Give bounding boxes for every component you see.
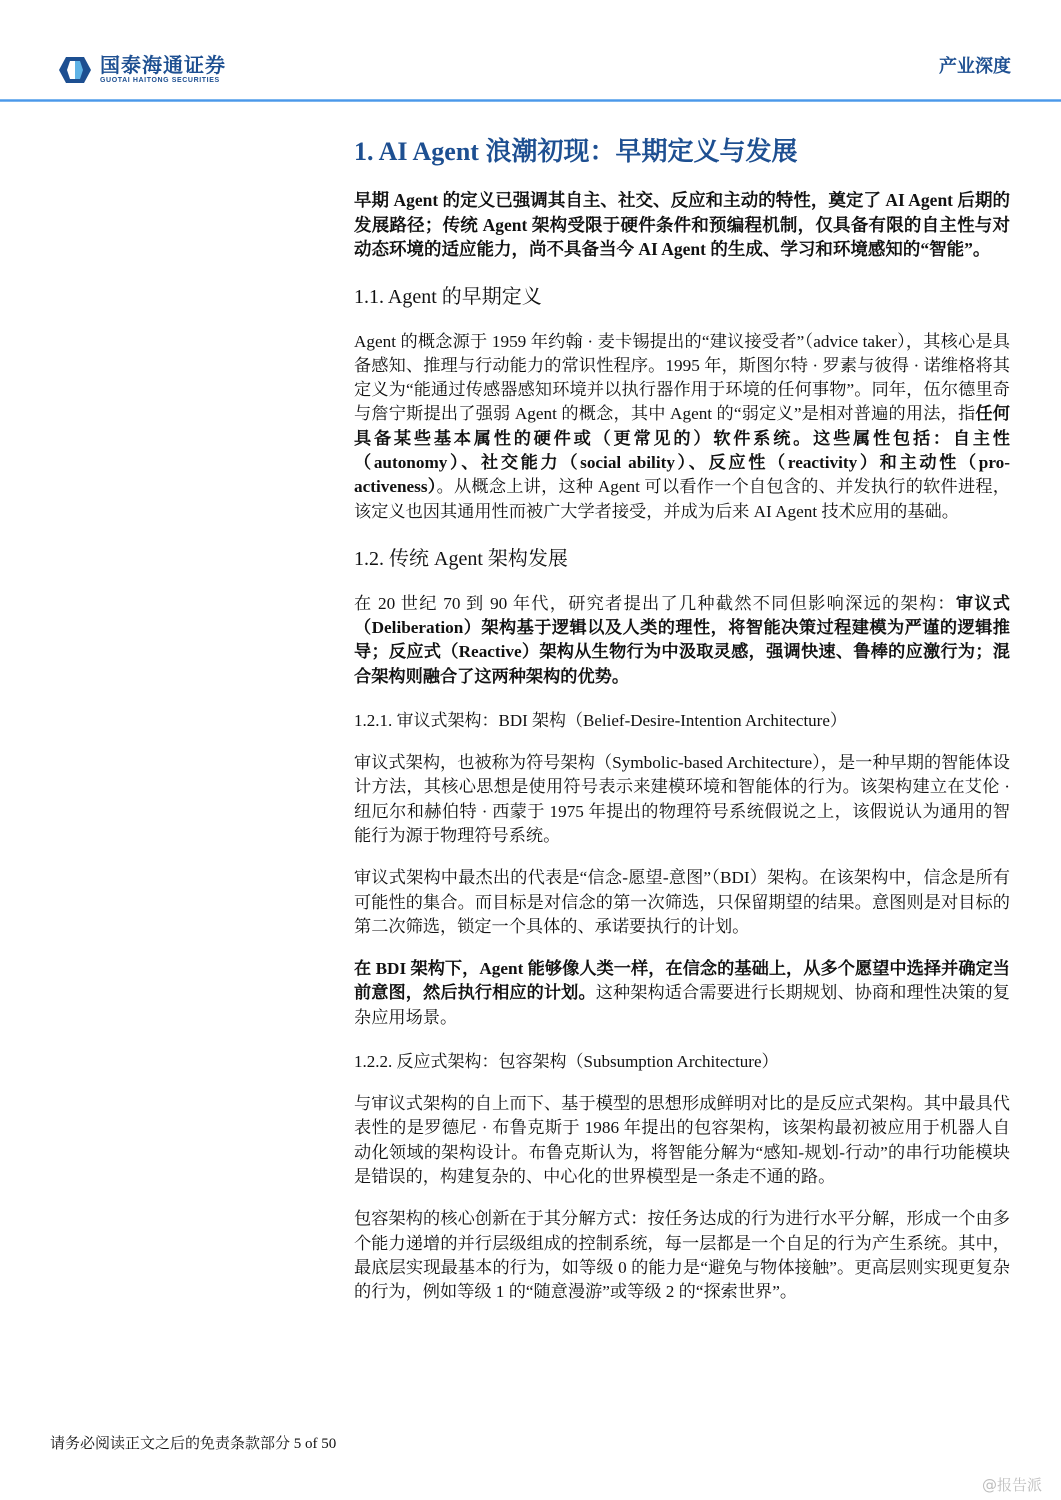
logo-mark-icon — [58, 56, 92, 84]
section-1-title: 1. AI Agent 浪潮初现：早期定义与发展 — [354, 132, 1010, 172]
company-logo: 国泰海通证券 GUOTAI HAITONG SECURITIES — [58, 54, 226, 85]
section-1-2-1-paragraph-3: 在 BDI 架构下，Agent 能够像人类一样，在信念的基础上，从多个愿望中选择… — [354, 957, 1010, 1030]
report-type-label: 产业深度 — [939, 52, 1011, 78]
page-header: 国泰海通证券 GUOTAI HAITONG SECURITIES 产业深度 — [0, 0, 1061, 102]
document-body: 1. AI Agent 浪潮初现：早期定义与发展 早期 Agent 的定义已强调… — [354, 132, 1010, 1304]
section-1-2-1-paragraph-2: 审议式架构中最杰出的代表是“信念-愿望-意图”（BDI）架构。在该架构中，信念是… — [354, 866, 1010, 939]
page-number: 5 of 50 — [294, 1436, 337, 1452]
section-1-2-paragraph: 在 20 世纪 70 到 90 年代，研究者提出了几种截然不同但影响深远的架构：… — [354, 592, 1010, 689]
section-1-1-title: 1.1. Agent 的早期定义 — [354, 282, 1010, 312]
header-divider — [0, 99, 1061, 102]
section-1-2-2-title: 1.2.2. 反应式架构：包容架构（Subsumption Architectu… — [354, 1050, 1010, 1074]
section-1-2-1-title: 1.2.1. 审议式架构：BDI 架构（Belief-Desire-Intent… — [354, 709, 1010, 733]
section-1-2-title: 1.2. 传统 Agent 架构发展 — [354, 544, 1010, 574]
logo-english-name: GUOTAI HAITONG SECURITIES — [100, 76, 226, 85]
section-1-summary: 早期 Agent 的定义已强调其自主、社交、反应和主动的特性，奠定了 AI Ag… — [354, 188, 1010, 262]
section-1-1-paragraph: Agent 的概念源于 1959 年约翰 · 麦卡锡提出的“建议接受者”（adv… — [354, 330, 1010, 524]
section-1-2-2-paragraph-2: 包容架构的核心创新在于其分解方式：按任务达成的行为进行水平分解，形成一个由多个能… — [354, 1207, 1010, 1304]
watermark: @报告派 — [982, 1474, 1042, 1495]
section-1-2-1-paragraph-1: 审议式架构，也被称为符号架构（Symbolic-based Architectu… — [354, 751, 1010, 848]
section-1-2-2-paragraph-1: 与审议式架构的自上而下、基于模型的思想形成鲜明对比的是反应式架构。其中最具代表性… — [354, 1092, 1010, 1189]
logo-chinese-name: 国泰海通证券 — [100, 54, 226, 76]
footer-disclaimer: 请务必阅读正文之后的免责条款部分 5 of 50 — [50, 1432, 336, 1453]
